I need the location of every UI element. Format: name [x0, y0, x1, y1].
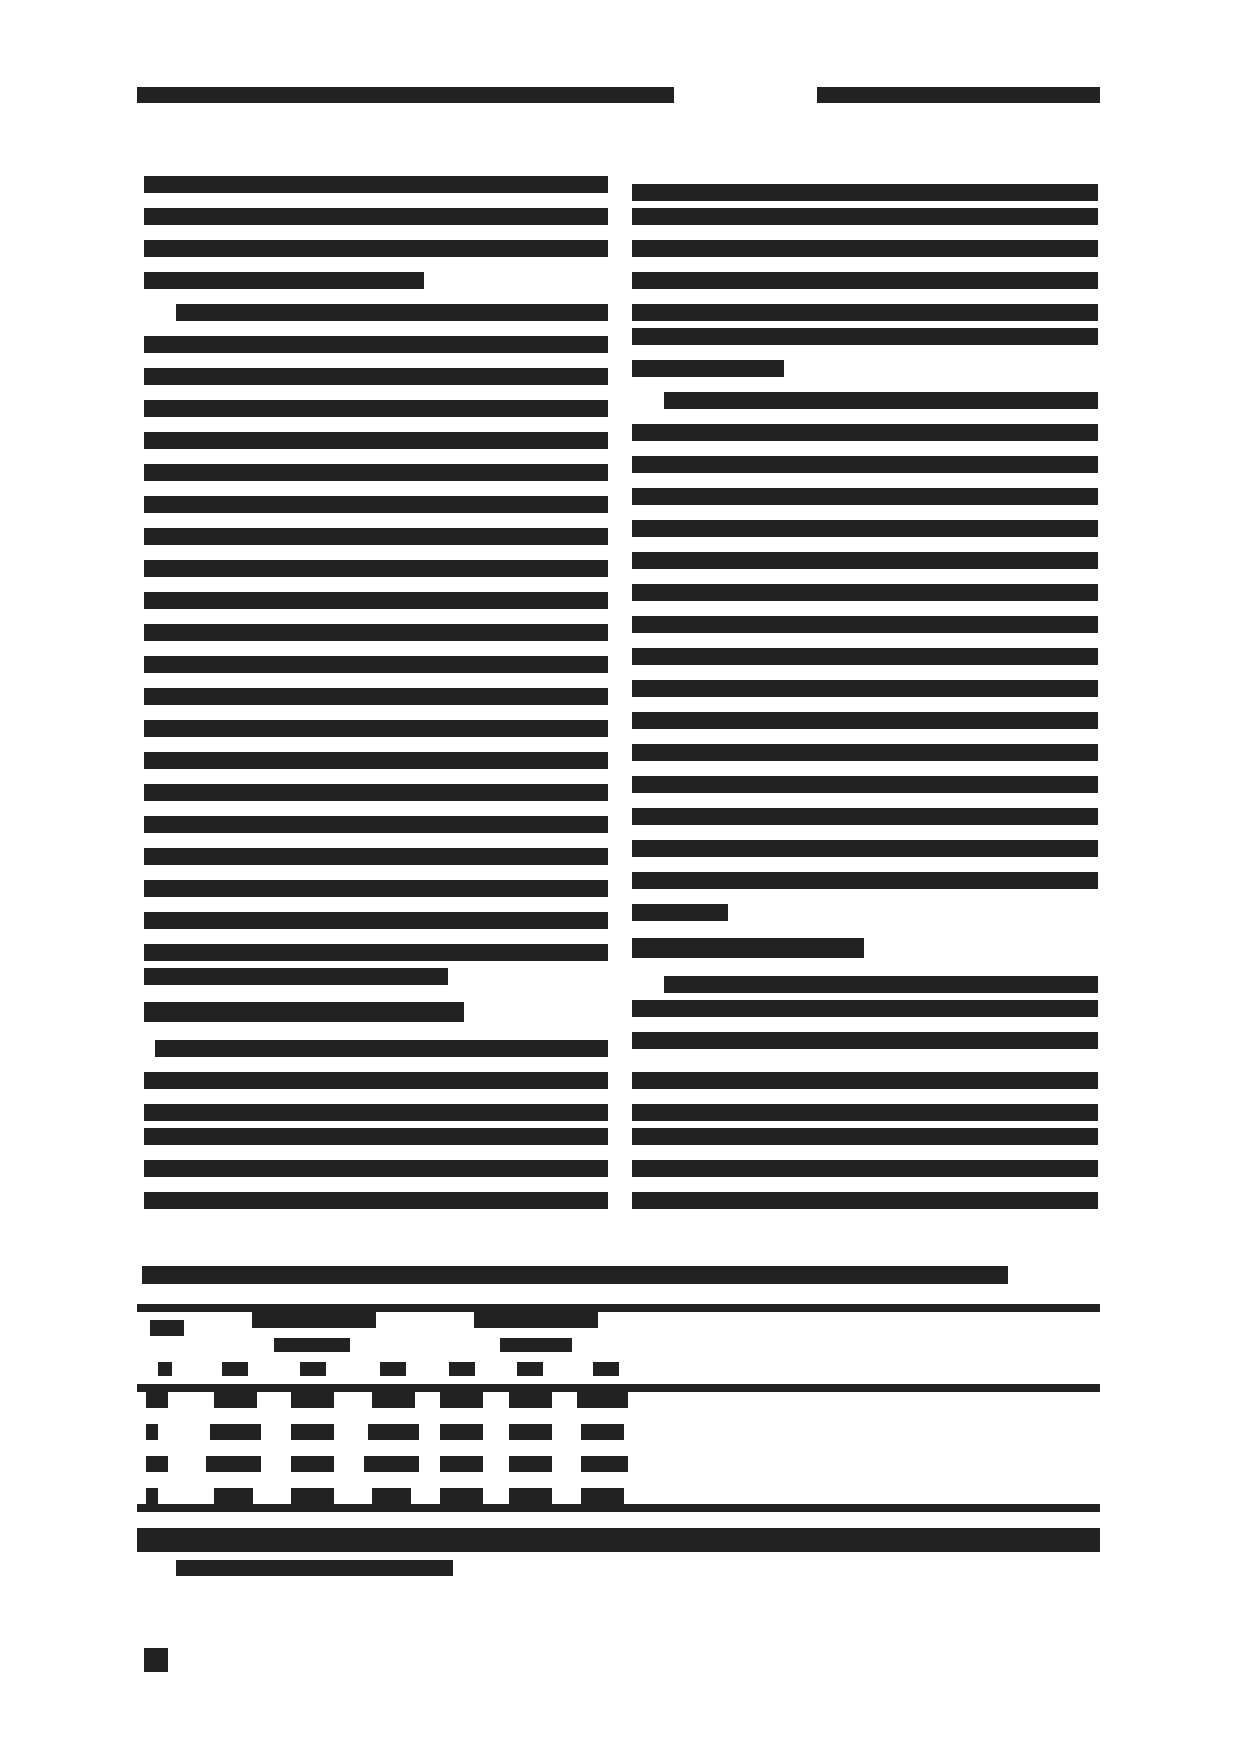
text-line	[632, 184, 1098, 201]
right-paragraph-1-text: [redacted paragraph]	[0, 0, 1, 1]
text-line	[144, 592, 608, 609]
text-line	[632, 1160, 1098, 1177]
text-line	[632, 1032, 1098, 1049]
table-cell	[368, 1424, 419, 1440]
table-column-header: [redacted]	[449, 1362, 475, 1376]
table-column-header: [redacted]	[158, 1362, 172, 1376]
text-line	[632, 208, 1098, 225]
text-line	[144, 336, 608, 353]
text-line	[144, 176, 608, 193]
running-header-right-text: [redacted journal info]	[817, 87, 818, 88]
column-header-text: [redacted]	[158, 1362, 159, 1363]
table-column-header: [redacted]	[593, 1362, 619, 1376]
table-cell	[581, 1424, 624, 1440]
text-line	[144, 816, 608, 833]
text-line	[144, 752, 608, 769]
column-header-text: [redacted]	[300, 1362, 301, 1363]
table-cell	[509, 1392, 552, 1408]
text-line	[144, 368, 608, 385]
text-line	[144, 944, 608, 961]
table-cell	[509, 1488, 552, 1504]
text-line	[144, 464, 608, 481]
text-line	[144, 968, 448, 985]
section-heading-text: [redacted section heading]	[632, 938, 633, 939]
text-line	[144, 912, 608, 929]
text-line	[632, 680, 1098, 697]
table-cell	[581, 1488, 624, 1504]
group-header-a-text: [redacted group A]	[252, 1312, 253, 1313]
group-subheader-a-text: [redacted unit A]	[274, 1338, 275, 1339]
text-line	[144, 240, 608, 257]
table-cell	[291, 1456, 334, 1472]
running-header-right: [redacted journal info]	[817, 87, 1100, 103]
table-group-subheader-a: [redacted unit A]	[274, 1338, 350, 1352]
text-line	[632, 808, 1098, 825]
text-line	[632, 872, 1098, 889]
text-line	[632, 1128, 1098, 1145]
text-line	[632, 240, 1098, 257]
table-cell	[440, 1424, 483, 1440]
text-line	[176, 304, 608, 321]
table-group-subheader-b: [redacted unit B]	[500, 1338, 572, 1352]
text-line	[632, 520, 1098, 537]
text-line	[664, 976, 1098, 993]
text-line	[632, 904, 728, 921]
table-cell	[581, 1456, 628, 1472]
text-line	[632, 712, 1098, 729]
section-heading: [redacted section heading]	[632, 938, 864, 958]
text-line	[632, 1000, 1098, 1017]
column-header-text: [redacted]	[449, 1362, 450, 1363]
table-cell	[291, 1424, 334, 1440]
table-cell	[291, 1488, 334, 1504]
table-cell	[206, 1456, 261, 1472]
text-line	[144, 528, 608, 545]
text-line	[144, 1160, 608, 1177]
text-line	[664, 392, 1098, 409]
column-header-text: [redacted]	[517, 1362, 518, 1363]
column-header-text: [redacted]	[593, 1362, 594, 1363]
text-line	[144, 624, 608, 641]
text-line	[144, 560, 608, 577]
text-line	[144, 496, 608, 513]
text-line	[155, 1040, 608, 1057]
text-line	[632, 840, 1098, 857]
running-title: [redacted running title]	[137, 87, 674, 103]
table-header-rule	[137, 1384, 1100, 1392]
table-footnote-line-2	[176, 1560, 453, 1576]
table-row-header-label: [redacted]	[150, 1320, 184, 1336]
left-paragraph-3-text: [redacted paragraph]	[0, 0, 1, 1]
section-heading: [redacted section heading]	[144, 1002, 464, 1022]
table-cell	[509, 1456, 552, 1472]
text-line	[144, 1072, 608, 1089]
right-paragraph-2-text: [redacted paragraph]	[0, 0, 1, 1]
table-cell	[509, 1424, 552, 1440]
text-line	[144, 432, 608, 449]
text-line	[632, 328, 1098, 345]
table-column-header: [redacted]	[380, 1362, 406, 1376]
table-bottom-rule	[137, 1504, 1100, 1512]
column-header-text: [redacted]	[222, 1362, 223, 1363]
text-line	[632, 360, 784, 377]
text-line	[144, 688, 608, 705]
page-number-text: [redacted]	[144, 1648, 145, 1649]
table-footnote-text: [redacted table footnote]	[137, 1528, 138, 1529]
text-line	[632, 272, 1098, 289]
table-cell	[440, 1488, 483, 1504]
text-line	[144, 848, 608, 865]
text-line	[144, 656, 608, 673]
text-line	[144, 208, 608, 225]
text-line	[632, 1104, 1098, 1121]
table-cell	[291, 1392, 334, 1408]
table-footnote: [redacted table footnote]	[137, 1528, 1100, 1552]
text-line	[632, 744, 1098, 761]
text-line	[632, 304, 1098, 321]
text-line	[144, 400, 608, 417]
table-cell	[440, 1392, 483, 1408]
table-cell	[146, 1488, 158, 1504]
table-cell	[146, 1392, 168, 1408]
group-header-b-text: [redacted group B]	[474, 1312, 475, 1313]
text-line	[632, 424, 1098, 441]
column-header-text: [redacted]	[380, 1362, 381, 1363]
text-line	[144, 720, 608, 737]
table-cell	[214, 1488, 253, 1504]
left-paragraph-2-text: [redacted paragraph]	[144, 0, 145, 1]
table-cell	[577, 1392, 628, 1408]
text-line	[144, 272, 424, 289]
table-column-header: [redacted]	[222, 1362, 248, 1376]
running-title-text: [redacted running title]	[137, 87, 138, 88]
table-group-header-a: [redacted group A]	[252, 1312, 376, 1328]
page-number: [redacted]	[144, 1648, 168, 1672]
section-heading-text: [redacted section heading]	[144, 1002, 145, 1003]
text-line	[632, 648, 1098, 665]
row-header-label-text: [redacted]	[150, 1320, 151, 1321]
text-line	[632, 584, 1098, 601]
table-cell	[214, 1392, 257, 1408]
text-line	[632, 552, 1098, 569]
right-paragraph-3-text: [redacted paragraph]	[0, 0, 1, 1]
text-line	[632, 1072, 1098, 1089]
table-column-header: [redacted]	[517, 1362, 543, 1376]
text-line	[632, 488, 1098, 505]
text-line	[144, 1192, 608, 1209]
left-paragraph-1-text: [redacted paragraph]	[144, 0, 145, 1]
table-cell	[210, 1424, 261, 1440]
document-page: [redacted running title] [redacted journ…	[0, 0, 1240, 1754]
table-cell	[372, 1488, 411, 1504]
table-cell	[364, 1456, 419, 1472]
table-caption: [redacted table caption]	[142, 1266, 1008, 1284]
table-column-header: [redacted]	[300, 1362, 326, 1376]
text-line	[144, 784, 608, 801]
text-line	[632, 1192, 1098, 1209]
text-line	[632, 456, 1098, 473]
table-caption-text: [redacted table caption]	[142, 1266, 143, 1267]
table-group-header-b: [redacted group B]	[474, 1312, 598, 1328]
text-line	[632, 776, 1098, 793]
table-cell	[440, 1456, 483, 1472]
text-line	[144, 1128, 608, 1145]
table-cell	[146, 1456, 168, 1472]
table-cell	[372, 1392, 415, 1408]
table-cell	[146, 1424, 158, 1440]
text-line	[144, 880, 608, 897]
text-line	[632, 616, 1098, 633]
text-line	[144, 1104, 608, 1121]
group-subheader-b-text: [redacted unit B]	[500, 1338, 501, 1339]
table-top-rule	[137, 1304, 1100, 1312]
